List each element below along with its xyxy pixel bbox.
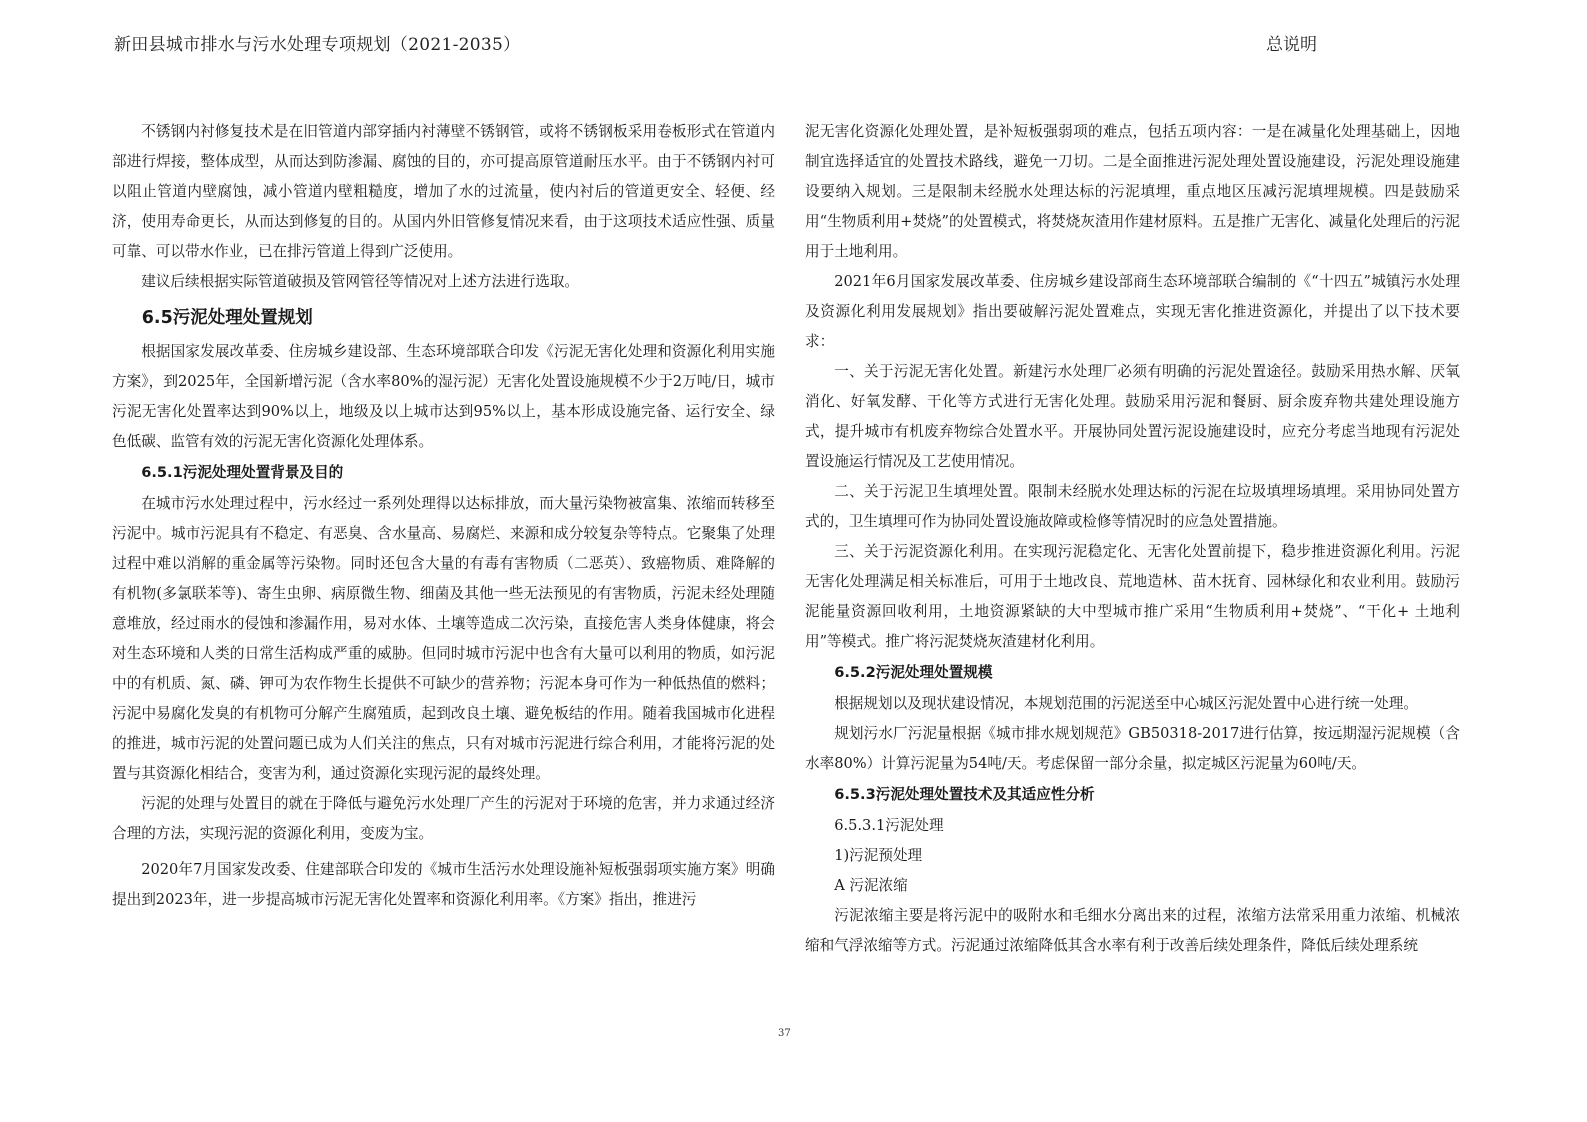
paragraph-2020-plan: 2020年7月国家发改委、住建部联合印发的《城市生活污水处理设施补短板强弱项实施…: [112, 855, 775, 915]
paragraph-sludge-center: 根据规划以及现状建设情况，本规划范围的污泥送至中心城区污泥处置中心进行统一处理。: [805, 689, 1460, 719]
paragraph-landfill-disposal: 二、关于污泥卫生填埋处置。限制未经脱水处理达标的污泥在垃圾填埋场填埋。采用协同处…: [805, 477, 1460, 537]
heading-6-5-3: 6.5.3污泥处理处置技术及其适应性分析: [805, 779, 1460, 811]
heading-6-5: 6.5污泥处理处置规划: [112, 301, 775, 335]
document-title: 新田县城市排水与污水处理专项规划（2021-2035）: [114, 30, 520, 55]
paragraph-sludge-volume: 规划污水厂污泥量根据《城市排水规划规范》GB50318-2017进行估算，按远期…: [805, 719, 1460, 779]
heading-6-5-2: 6.5.2污泥处理处置规模: [805, 657, 1460, 689]
item-thickening: A 污泥浓缩: [805, 871, 1460, 901]
paragraph-sludge-background: 在城市污水处理过程中，污水经过一系列处理得以达标排放，而大量污染物被富集、浓缩而…: [112, 489, 775, 789]
page-number: 37: [778, 1028, 791, 1039]
paragraph-resource-utilization: 三、关于污泥资源化利用。在实现污泥稳定化、无害化处置前提下，稳步推进资源化利用。…: [805, 537, 1460, 657]
paragraph-national-plan: 根据国家发展改革委、住房城乡建设部、生态环境部联合印发《污泥无害化处理和资源化利…: [112, 337, 775, 457]
left-column: 不锈钢内衬修复技术是在旧管道内部穿插内衬薄壁不锈钢管，或将不锈钢板采用卷板形式在…: [112, 117, 775, 915]
paragraph-harmless-disposal: 一、关于污泥无害化处置。新建污水处理厂必须有明确的污泥处置途径。鼓励采用热水解、…: [805, 357, 1460, 477]
section-title: 总说明: [1266, 30, 1317, 55]
heading-6-5-1: 6.5.1污泥处理处置背景及目的: [112, 457, 775, 489]
paragraph-five-items: 泥无害化资源化处理处置，是补短板强弱项的难点，包括五项内容：一是在减量化处理基础…: [805, 117, 1460, 267]
heading-6-5-3-1: 6.5.3.1污泥处理: [805, 811, 1460, 841]
paragraph-recommendation: 建议后续根据实际管道破损及管网管径等情况对上述方法进行选取。: [112, 267, 775, 297]
paragraph-stainless-lining: 不锈钢内衬修复技术是在旧管道内部穿插内衬薄壁不锈钢管，或将不锈钢板采用卷板形式在…: [112, 117, 775, 267]
paragraph-thickening: 污泥浓缩主要是将污泥中的吸附水和毛细水分离出来的过程，浓缩方法常采用重力浓缩、机…: [805, 901, 1460, 961]
item-pretreatment: 1)污泥预处理: [805, 841, 1460, 871]
paragraph-2021-plan: 2021年6月国家发展改革委、住房城乡建设部商生态环境部联合编制的《“十四五”城…: [805, 267, 1460, 357]
paragraph-sludge-purpose: 污泥的处理与处置目的就在于降低与避免污水处理厂产生的污泥对于环境的危害，并力求通…: [112, 789, 775, 849]
right-column: 泥无害化资源化处理处置，是补短板强弱项的难点，包括五项内容：一是在减量化处理基础…: [805, 117, 1460, 961]
